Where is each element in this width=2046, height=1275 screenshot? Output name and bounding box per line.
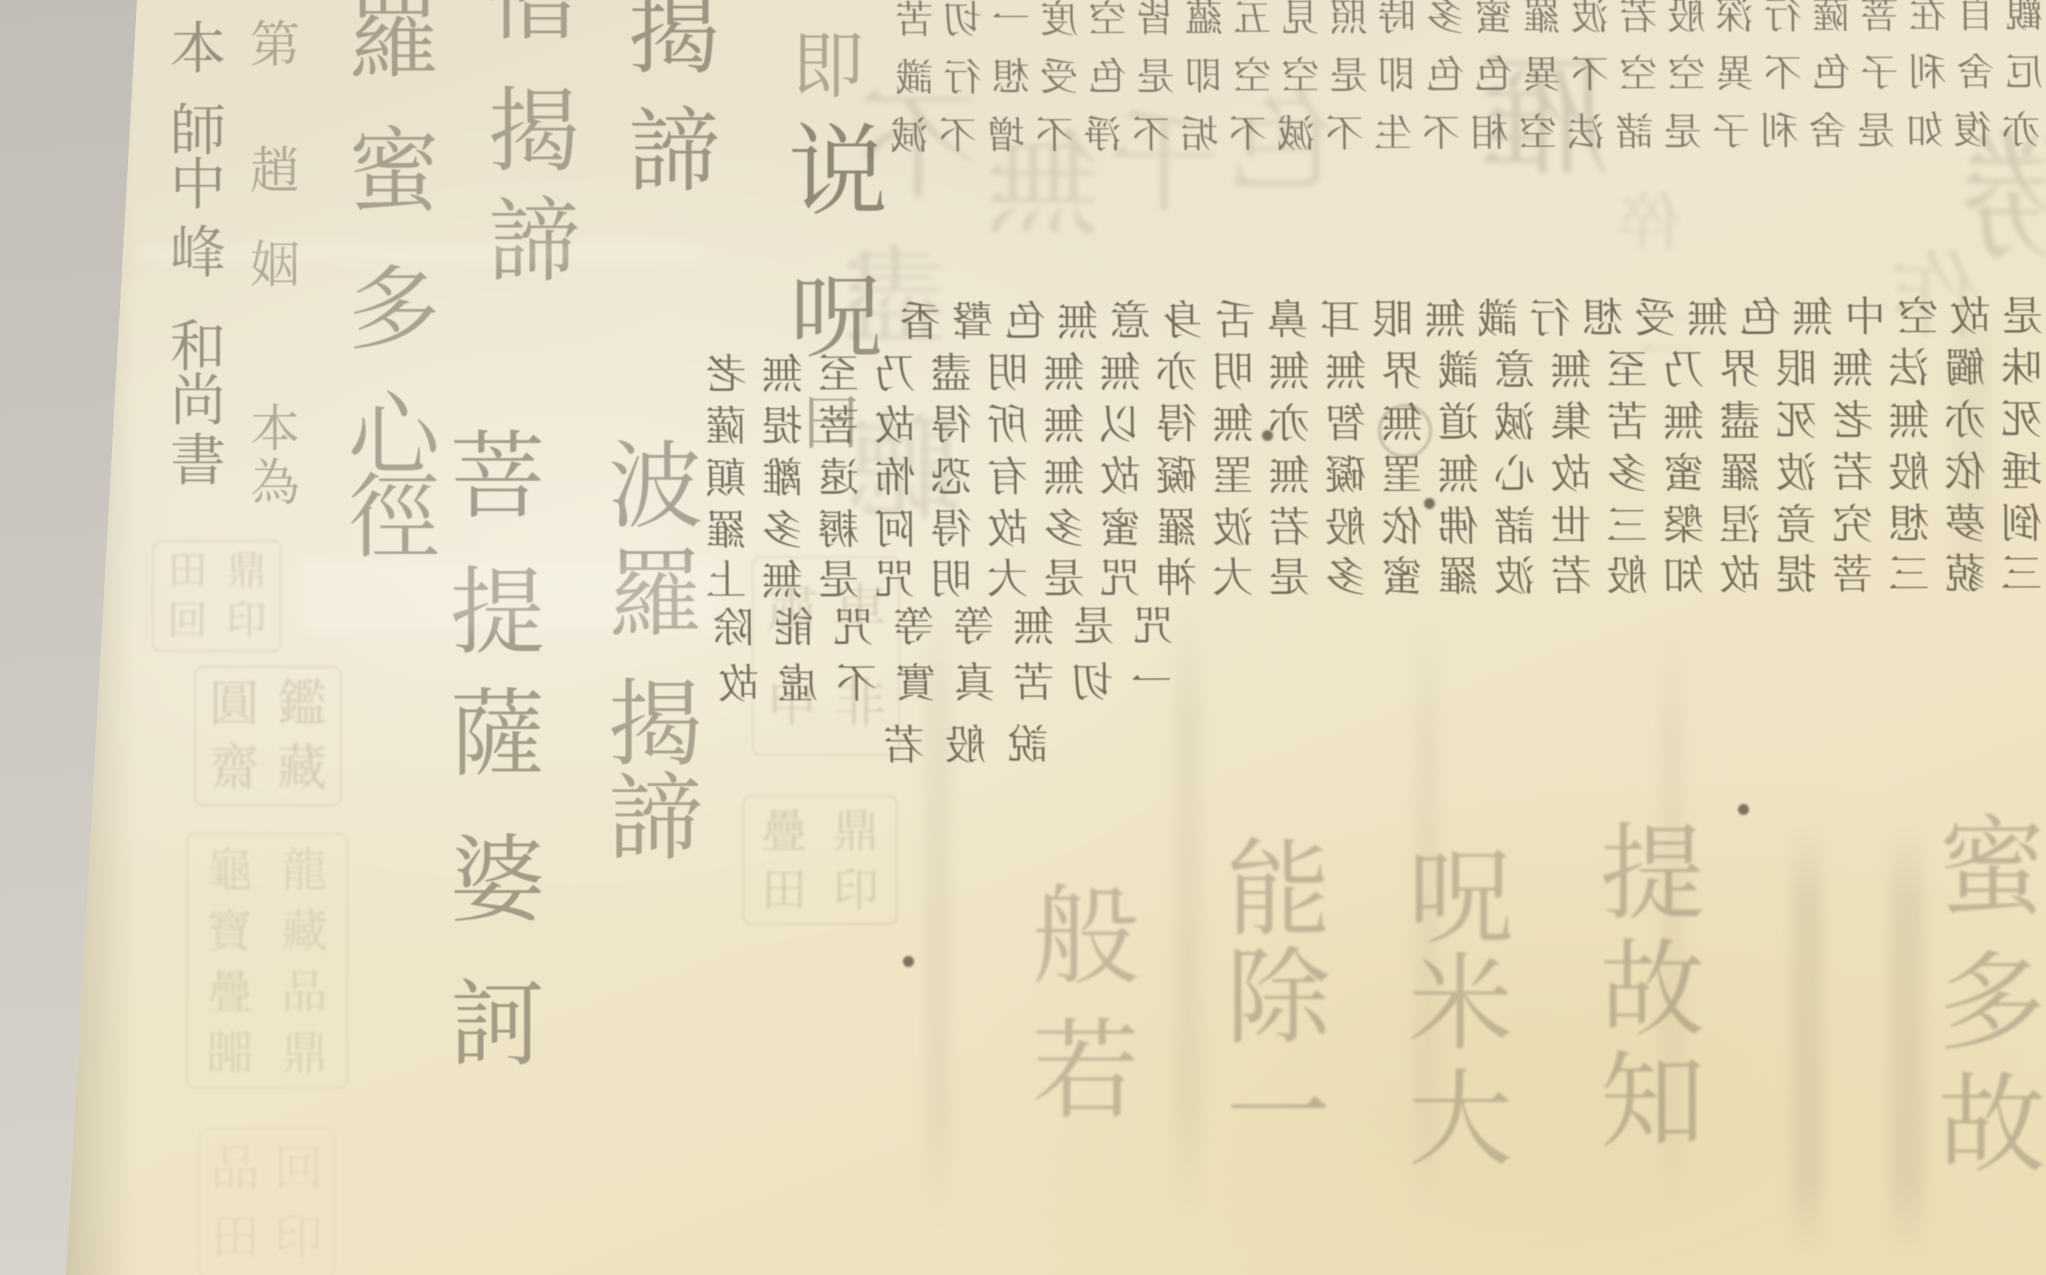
paper-crease-2 (300, 560, 720, 630)
fold-streak-6 (1890, 820, 1924, 1260)
fold-streak-2 (1175, 600, 1201, 1220)
fold-streak-3 (1415, 620, 1439, 1220)
fold-streak-5 (1792, 820, 1822, 1260)
photo-heart-sutra-manuscript: Photograph of a translucent Heart Sutra … (0, 0, 2046, 1275)
manuscript-paper: 不無千色雁盡聽作倅二勝 觀自在菩薩行深般若波羅蜜多時照見五蘊皆空度一切苦厄舍利子… (0, 0, 2046, 1275)
fold-streak-7 (1952, 300, 1992, 600)
paper-crease-1 (140, 248, 700, 257)
paper-texture-layer (0, 0, 2046, 1275)
fold-streak-1 (925, 590, 951, 1230)
fold-streak-4 (1660, 620, 1684, 1220)
